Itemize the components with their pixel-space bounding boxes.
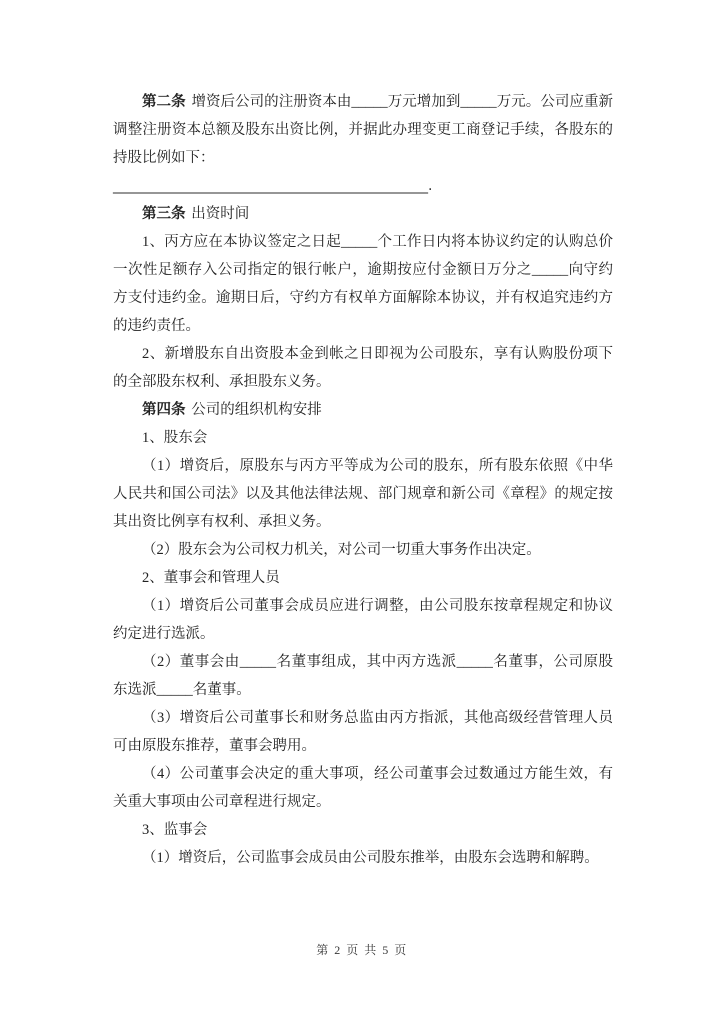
clause-4-item-1-sub-1: （1）增资后，原股东与丙方平等成为公司的股东，所有股东依照《中华人民共和国公司法… — [113, 452, 613, 536]
clause-3-item-2: 2、新增股东自出资股本金到帐之日即视为公司股东，享有认购股份项下的全部股东权利、… — [113, 340, 613, 396]
clause-2-paragraph: 第二条增资后公司的注册资本由_____万元增加到_____万元。公司应重新调整注… — [113, 88, 613, 172]
page-number: 第 2 页 共 5 页 — [0, 941, 724, 958]
clause-4-item-2-sub-4: （4）公司董事会决定的重大事项，经公司董事会过数通过方能生效，有关重大事项由公司… — [113, 760, 613, 816]
clause-4-item-1-sub-2: （2）股东会为公司权力机关，对公司一切重大事务作出决定。 — [113, 536, 613, 564]
clause-4-item-3-sub-1: （1）增资后，公司监事会成员由公司股东推举，由股东会选聘和解聘。 — [113, 844, 613, 872]
clause-4-item-1-heading: 1、股东会 — [113, 424, 613, 452]
clause-2-number: 第二条 — [142, 94, 186, 110]
clause-4-item-2-heading: 2、董事会和管理人员 — [113, 564, 613, 592]
clause-4-item-3-heading: 3、监事会 — [113, 816, 613, 844]
fill-in-blank-line: ________________________________________… — [113, 172, 613, 200]
clause-4-number: 第四条 — [142, 402, 186, 418]
clause-4-item-2-sub-2: （2）董事会由_____名董事组成，其中丙方选派_____名董事，公司原股东选派… — [113, 648, 613, 704]
document-page: 第二条增资后公司的注册资本由_____万元增加到_____万元。公司应重新调整注… — [0, 0, 724, 1024]
clause-4-title: 公司的组织机构安排 — [191, 402, 322, 418]
clause-3-item-1: 1、丙方应在本协议签定之日起_____个工作日内将本协议约定的认购总价一次性足额… — [113, 228, 613, 340]
clause-3-number: 第三条 — [142, 206, 186, 222]
clause-4-item-2-sub-1: （1）增资后公司董事会成员应进行调整，由公司股东按章程规定和协议约定进行选派。 — [113, 592, 613, 648]
clause-2-text: 增资后公司的注册资本由_____万元增加到_____万元。公司应重新调整注册资本… — [113, 94, 613, 166]
clause-4-heading: 第四条公司的组织机构安排 — [113, 396, 613, 424]
clause-3-title: 出资时间 — [191, 206, 249, 222]
clause-3-heading: 第三条出资时间 — [113, 200, 613, 228]
clause-4-item-2-sub-3: （3）增资后公司董事长和财务总监由丙方指派，其他高级经营管理人员可由原股东推荐，… — [113, 704, 613, 760]
document-body: 第二条增资后公司的注册资本由_____万元增加到_____万元。公司应重新调整注… — [113, 88, 613, 872]
